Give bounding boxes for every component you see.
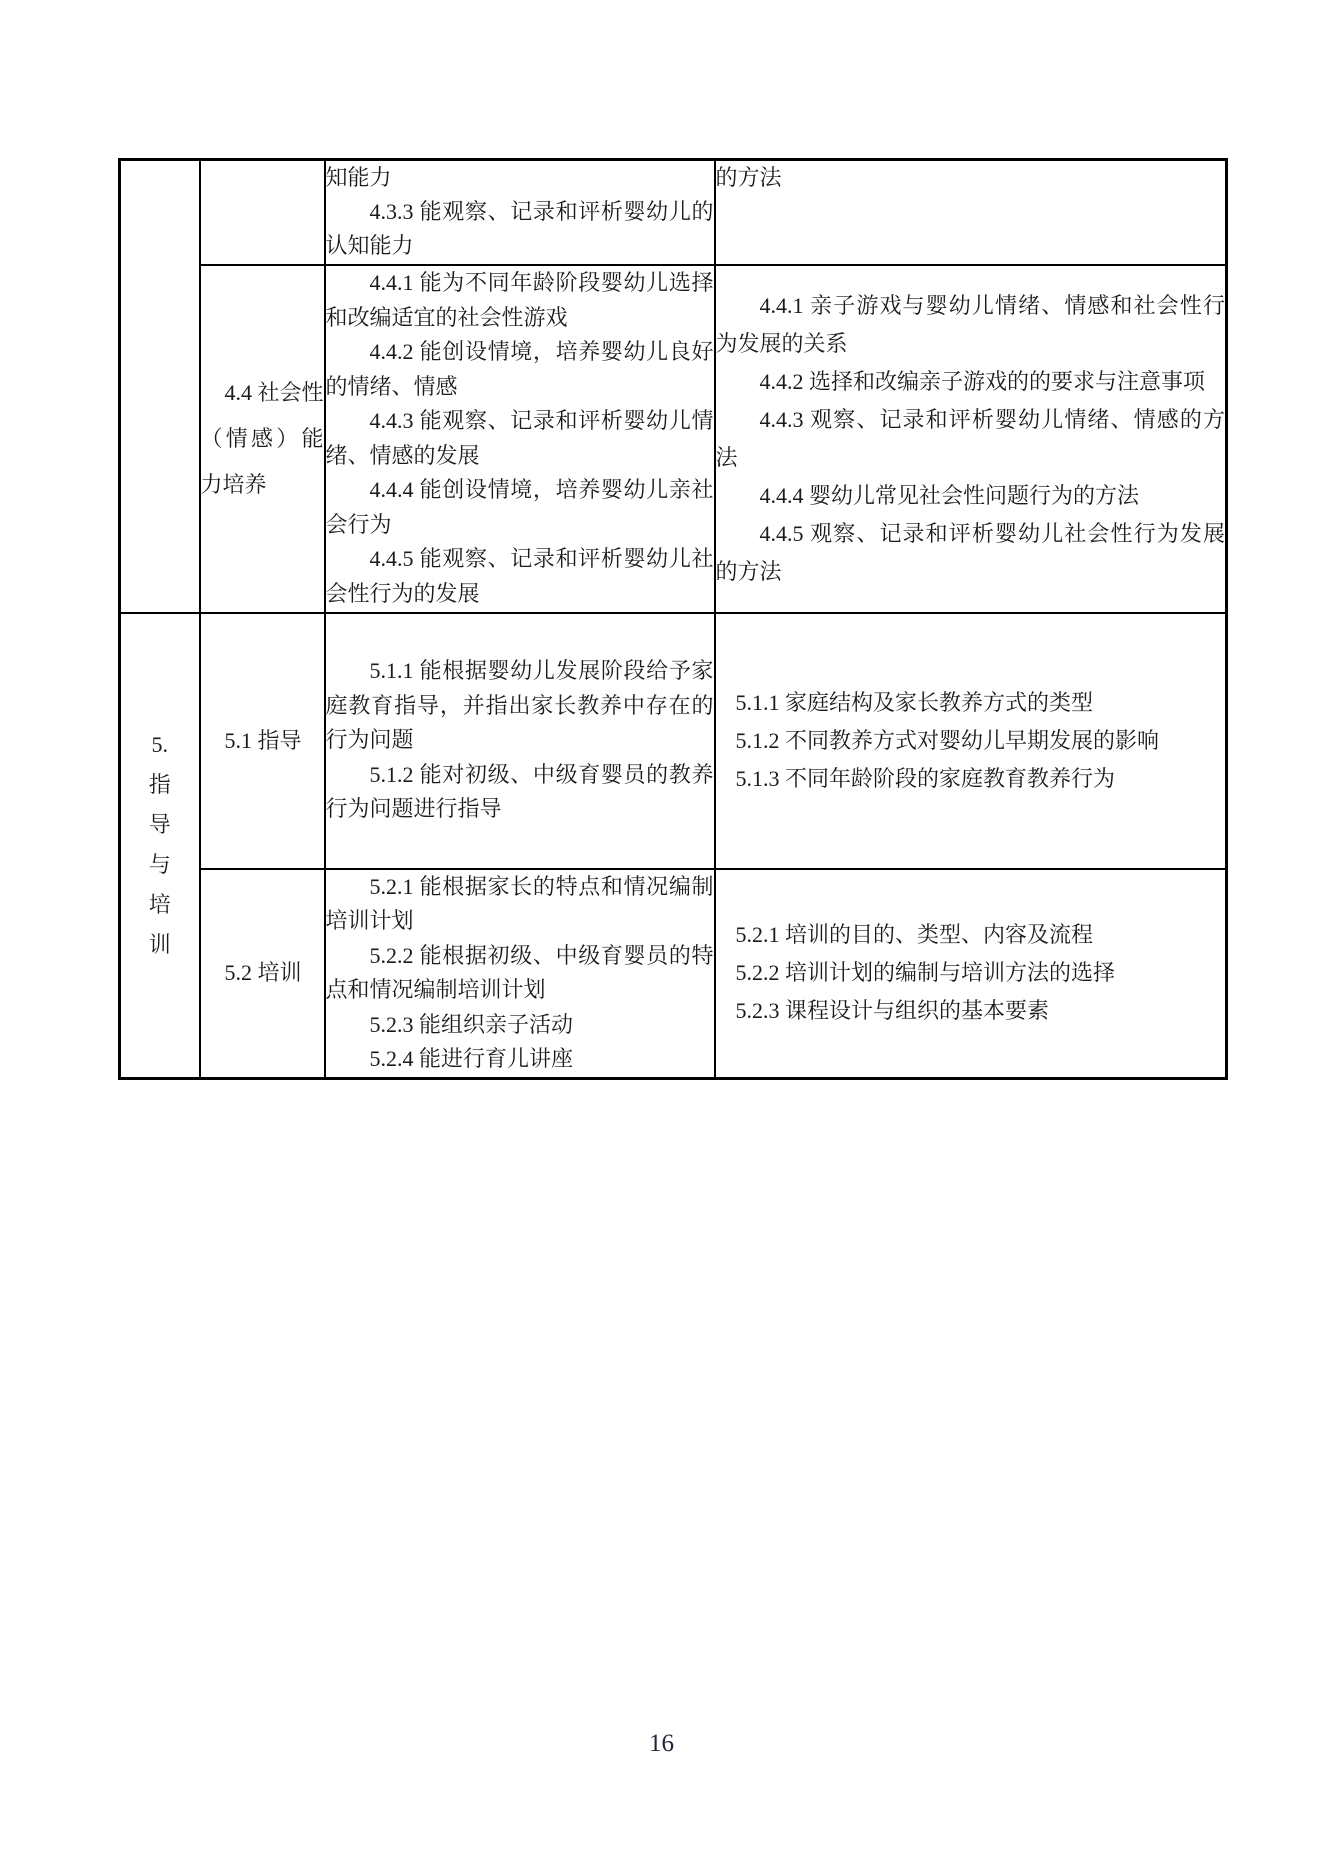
skill-item: 4.4.2 能创设情境，培养婴幼儿良好的情绪、情感 bbox=[326, 335, 714, 404]
subcategory-cell-52: 5.2 培训 bbox=[200, 869, 325, 1079]
subcategory-cell-51: 5.1 指导 bbox=[200, 613, 325, 869]
category-label-line: 导 bbox=[121, 805, 199, 845]
knowledge-item: 5.2.2 培训计划的编制与培训方法的选择 bbox=[716, 954, 1226, 992]
category-label-line: 与 bbox=[121, 845, 199, 885]
knowledge-item: 5.2.1 培训的目的、类型、内容及流程 bbox=[716, 916, 1226, 954]
skill-continuation: 知能力 bbox=[326, 161, 714, 195]
skill-item: 5.1.2 能对初级、中级育婴员的教养行为问题进行指导 bbox=[326, 758, 714, 827]
knowledge-item: 4.4.4 婴幼儿常见社会性问题行为的方法 bbox=[716, 477, 1226, 515]
knowledge-item: 4.4.3 观察、记录和评析婴幼儿情绪、情感的方法 bbox=[716, 401, 1226, 477]
skill-item: 4.4.4 能创设情境，培养婴幼儿亲社会行为 bbox=[326, 473, 714, 542]
category-label-line: 5. bbox=[121, 725, 199, 765]
skill-item: 5.2.4 能进行育儿讲座 bbox=[326, 1042, 714, 1077]
category-label-line: 培 bbox=[121, 885, 199, 925]
knowledge-item: 5.1.3 不同年龄阶段的家庭教育教养行为 bbox=[716, 760, 1226, 798]
skill-item: 5.2.2 能根据初级、中级育婴员的特点和情况编制培训计划 bbox=[326, 939, 714, 1008]
skills-cell-44: 4.4.1 能为不同年龄阶段婴幼儿选择和改编适宜的社会性游戏 4.4.2 能创设… bbox=[325, 265, 715, 613]
skill-item: 4.3.3 能观察、记录和评析婴幼儿的认知能力 bbox=[326, 195, 714, 263]
knowledge-cell-44: 4.4.1 亲子游戏与婴幼儿情绪、情感和社会性行为发展的关系 4.4.2 选择和… bbox=[715, 265, 1227, 613]
standards-table: 知能力 4.3.3 能观察、记录和评析婴幼儿的认知能力 的方法 4.4 社会性（… bbox=[118, 158, 1228, 1080]
knowledge-item: 4.4.5 观察、记录和评析婴幼儿社会性行为发展的方法 bbox=[716, 515, 1226, 591]
knowledge-item: 4.4.1 亲子游戏与婴幼儿情绪、情感和社会性行为发展的关系 bbox=[716, 287, 1226, 363]
knowledge-item: 5.1.2 不同教养方式对婴幼儿早期发展的影响 bbox=[716, 722, 1226, 760]
category-cell-4 bbox=[120, 160, 200, 613]
skills-cell-52: 5.2.1 能根据家长的特点和情况编制培训计划 5.2.2 能根据初级、中级育婴… bbox=[325, 869, 715, 1079]
subcategory-label-44: 4.4 社会性（情感）能力培养 bbox=[201, 370, 324, 508]
knowledge-continuation: 的方法 bbox=[716, 161, 1226, 195]
skill-item: 4.4.3 能观察、记录和评析婴幼儿情绪、情感的发展 bbox=[326, 404, 714, 473]
knowledge-cell-43: 的方法 bbox=[715, 160, 1227, 265]
knowledge-item: 4.4.2 选择和改编亲子游戏的的要求与注意事项 bbox=[716, 363, 1226, 401]
skill-item: 5.2.1 能根据家长的特点和情况编制培训计划 bbox=[326, 870, 714, 939]
subcategory-cell-44: 4.4 社会性（情感）能力培养 bbox=[200, 265, 325, 613]
category-label-line: 训 bbox=[121, 925, 199, 965]
skill-item: 4.4.1 能为不同年龄阶段婴幼儿选择和改编适宜的社会性游戏 bbox=[326, 266, 714, 335]
knowledge-cell-51: 5.1.1 家庭结构及家长教养方式的类型 5.1.2 不同教养方式对婴幼儿早期发… bbox=[715, 613, 1227, 869]
subcategory-label-52: 5.2 培训 bbox=[201, 950, 324, 996]
skills-cell-43: 知能力 4.3.3 能观察、记录和评析婴幼儿的认知能力 bbox=[325, 160, 715, 265]
subcategory-cell-43 bbox=[200, 160, 325, 265]
category-cell-5: 5. 指 导 与 培 训 bbox=[120, 613, 200, 1079]
knowledge-cell-52: 5.2.1 培训的目的、类型、内容及流程 5.2.2 培训计划的编制与培训方法的… bbox=[715, 869, 1227, 1079]
skills-cell-51: 5.1.1 能根据婴幼儿发展阶段给予家庭教育指导，并指出家长教养中存在的行为问题… bbox=[325, 613, 715, 869]
subcategory-label-51: 5.1 指导 bbox=[201, 718, 324, 764]
document-page: { "page_number": "16", "table": { "secti… bbox=[0, 0, 1323, 1871]
category-label-line: 指 bbox=[121, 765, 199, 805]
skill-item: 5.2.3 能组织亲子活动 bbox=[326, 1008, 714, 1043]
skill-item: 5.1.1 能根据婴幼儿发展阶段给予家庭教育指导，并指出家长教养中存在的行为问题 bbox=[326, 654, 714, 758]
skill-item: 4.4.5 能观察、记录和评析婴幼儿社会性行为的发展 bbox=[326, 542, 714, 611]
knowledge-item: 5.1.1 家庭结构及家长教养方式的类型 bbox=[716, 684, 1226, 722]
knowledge-item: 5.2.3 课程设计与组织的基本要素 bbox=[716, 992, 1226, 1030]
page-number: 16 bbox=[0, 1730, 1323, 1758]
